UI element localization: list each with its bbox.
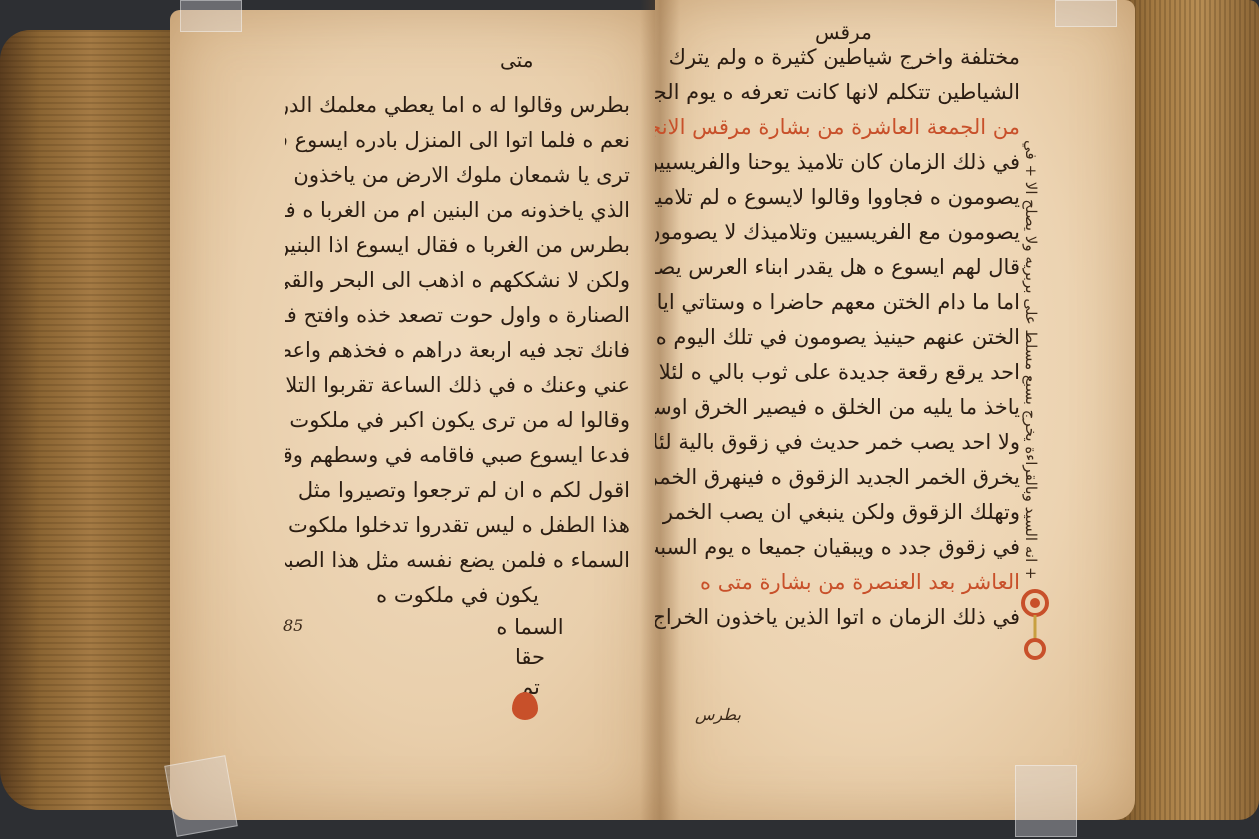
text-line: وتهلك الزقوق ولكن ينبغي ان يصب الخمر الج… xyxy=(655,495,1020,530)
text-line: مختلفة واخرج شياطين كثيرة ه ولم يترك xyxy=(655,40,1020,75)
catchword: بطرس xyxy=(695,705,741,724)
display-clip xyxy=(180,0,242,32)
text-line: في ذلك الزمان كان تلاميذ يوحنا والفريسيي… xyxy=(655,145,1020,180)
text-line: السماء ه فلمن يضع نفسه مثل هذا الصبي عظي… xyxy=(285,543,630,578)
text-line: نعم ه فلما اتوا الى المنزل بادره ايسوع ق… xyxy=(285,123,630,158)
text-line: ترى يا شمعان ملوك الارض من ياخذون الخراج xyxy=(285,158,630,193)
red-drop-ornament-icon xyxy=(512,692,538,720)
colophon-tail: السما ه حقا تم xyxy=(470,612,590,702)
text-line: فانك تجد فيه اربعة دراهم ه فخذهم واعطيهم xyxy=(285,333,630,368)
running-header-left: متى xyxy=(500,48,533,72)
text-line: في ذلك الزمان ه اتوا الذين ياخذون الخراج… xyxy=(655,600,1020,635)
text-line: يصومون مع الفريسيين وتلاميذك لا يصومون xyxy=(655,215,1020,250)
display-clip xyxy=(164,755,238,837)
text-line: يصومون ه فجاووا وقالوا لايسوع ه لم تلامي… xyxy=(655,180,1020,215)
text-line: حقا xyxy=(470,642,590,672)
marginal-ornament-icon xyxy=(1015,585,1055,665)
rubric-line: من الجمعة العاشرة من بشارة مرقس الانجيلي… xyxy=(655,110,1020,145)
right-page-text: مختلفة واخرج شياطين كثيرة ه ولم يترك الش… xyxy=(655,40,1020,635)
text-line: فدعا ايسوع صبي فاقامه في وسطهم وقال امين xyxy=(285,438,630,473)
text-line: هذا الطفل ه ليس تقدروا تدخلوا ملكوت xyxy=(285,508,630,543)
folio-number: 85 xyxy=(283,616,303,635)
text-line: الصنارة ه واول حوت تصعد خذه وافتح فاه xyxy=(285,298,630,333)
text-line: وقالوا له من ترى يكون اكبر في ملكوت السم… xyxy=(285,403,630,438)
text-line: في زقوق جدد ه ويبقيان جميعا ه يوم السبت xyxy=(655,530,1020,565)
display-clip xyxy=(1055,0,1117,27)
text-line: الختن عنهم حينيذ يصومون في تلك اليوم ه م… xyxy=(655,320,1020,355)
text-line: قال لهم ايسوع ه هل يقدر ابناء العرس يصوم… xyxy=(655,250,1020,285)
text-line: ياخذ ما يليه من الخلق ه فيصير الخرق اوسع xyxy=(655,390,1020,425)
text-line: ولا احد يصب خمر حديث في زقوق بالية لئلا xyxy=(655,425,1020,460)
left-page-text: بطرس وقالوا له ه اما يعطي معلمك الدرهمين… xyxy=(285,88,630,613)
text-line: بطرس وقالوا له ه اما يعطي معلمك الدرهمين… xyxy=(285,88,630,123)
text-line: الذي ياخذونه من البنين ام من الغربا ه فق… xyxy=(285,193,630,228)
display-clip xyxy=(1015,765,1077,837)
text-line: اما ما دام الختن معهم حاضرا ه وستاتي ايا… xyxy=(655,285,1020,320)
text-line: اقول لكم ه ان لم ترجعوا وتصيروا مثل xyxy=(285,473,630,508)
rubric-line: العاشر بعد العنصرة من بشارة متى ه xyxy=(655,565,1020,600)
manuscript-photo: متى مرقس بطرس وقالوا له ه اما يعطي معلمك… xyxy=(0,0,1259,839)
margin-note: + انه السيد وبالقراءة يخرج بسبع مسلط على… xyxy=(1010,120,1040,580)
text-line: احد يرقع رقعة جديدة على ثوب بالي ه لئلا xyxy=(655,355,1020,390)
text-line: يكون في ملكوت ه xyxy=(285,578,630,613)
text-line: الشياطين تتكلم لانها كانت تعرفه ه يوم ال… xyxy=(655,75,1020,110)
text-line: يخرق الخمر الجديد الزقوق ه فينهرق الخمر … xyxy=(655,460,1020,495)
text-line: ولكن لا نشككهم ه اذهب الى البحر والقي xyxy=(285,263,630,298)
text-line: عني وعنك ه في ذلك الساعة تقربوا التلاميذ… xyxy=(285,368,630,403)
text-line: السما ه xyxy=(470,612,590,642)
text-line: بطرس من الغربا ه فقال ايسوع اذا البنين ا… xyxy=(285,228,630,263)
